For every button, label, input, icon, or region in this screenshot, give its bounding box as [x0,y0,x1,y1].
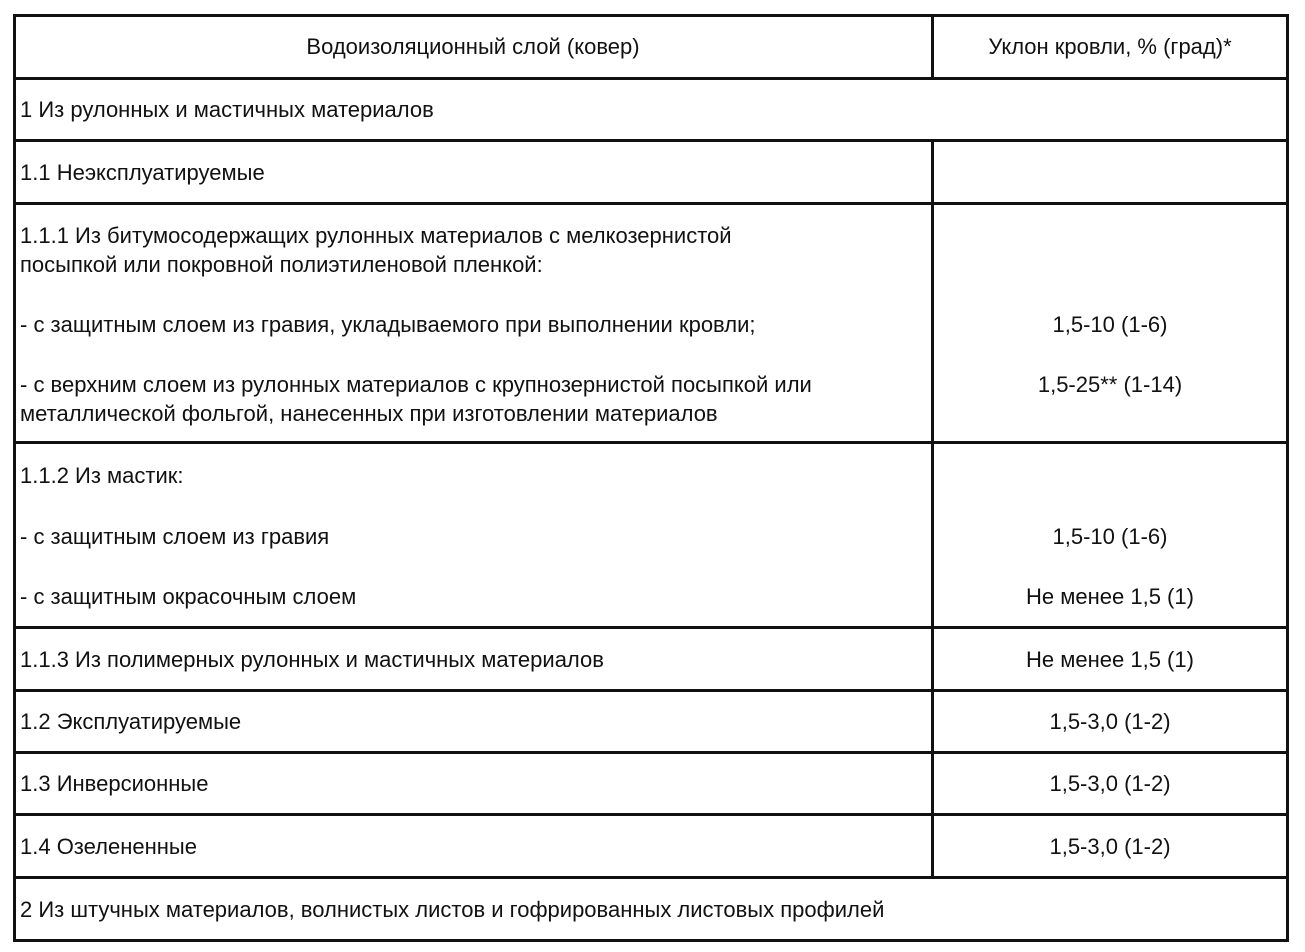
row-value-1-2: 1,5-3,0 (1-2) [934,707,1286,736]
row-divider [13,751,1289,754]
row-label-1-1: 1.1 Неэксплуатируемые [20,158,265,187]
sub-item-value: 1,5-10 (1-6) [934,310,1286,339]
row-divider [13,876,1289,879]
row-value-1-3: 1,5-3,0 (1-2) [934,769,1286,798]
row-divider [13,626,1289,629]
row-label-1-1-1: 1.1.1 Из битумосодержащих рулонных матер… [20,221,732,250]
row-label-1-4: 1.4 Озелененные [20,832,197,861]
table-border-top [13,14,1289,17]
column-divider [931,139,934,879]
row-divider [13,813,1289,816]
row-label-1-1-3: 1.1.3 Из полимерных рулонных и мастичных… [20,645,604,674]
table-border-left [13,14,16,942]
row-label-1-1-2: 1.1.2 Из мастик: [20,461,184,490]
row-label-1-3: 1.3 Инверсионные [20,769,208,798]
sub-item-value: 1,5-10 (1-6) [934,522,1286,551]
row-label-1-2: 1.2 Эксплуатируемые [20,707,241,736]
header-slope: Уклон кровли, % (град)* [934,32,1286,61]
header-layer: Водоизоляционный слой (ковер) [14,32,932,61]
table-border-right [1286,14,1289,942]
row-label-1: 1 Из рулонных и мастичных материалов [20,95,434,124]
row-value-1-4: 1,5-3,0 (1-2) [934,832,1286,861]
row-divider [13,441,1289,444]
sub-item-label: - с верхним слоем из рулонных материалов… [20,370,812,399]
row-label-1-1-1-cont: посыпкой или покровной полиэтиленовой пл… [20,250,543,279]
sub-item-value: Не менее 1,5 (1) [934,582,1286,611]
row-divider [13,139,1289,142]
table-border-bottom [13,939,1289,942]
row-value-1-1-3: Не менее 1,5 (1) [934,645,1286,674]
sub-item-label-cont: металлической фольгой, нанесенных при из… [20,399,718,428]
row-label-2: 2 Из штучных материалов, волнистых листо… [20,895,884,924]
sub-item-label: - с защитным окрасочным слоем [20,582,356,611]
row-divider [13,202,1289,205]
sub-item-value: 1,5-25** (1-14) [934,370,1286,399]
sub-item-label: - с защитным слоем из гравия, укладываем… [20,310,755,339]
row-divider [13,77,1289,80]
row-divider [13,689,1289,692]
sub-item-label: - с защитным слоем из гравия [20,522,329,551]
